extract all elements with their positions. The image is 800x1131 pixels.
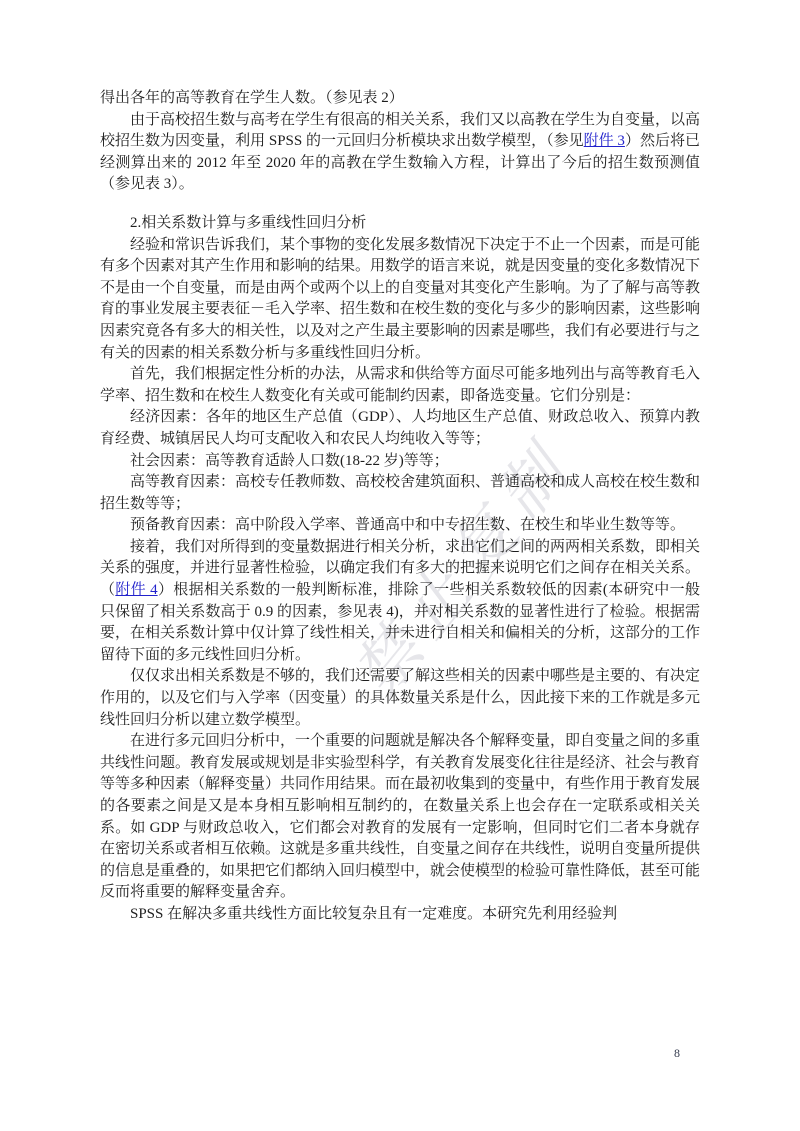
paragraph-social-factors: 社会因素：高等教育适龄人口数(18-22 岁)等等； <box>100 451 700 473</box>
paragraph-continued-next-page: SPSS 在解决多重共线性方面比较复杂且有一定难度。本研究先利用经验判 <box>100 904 700 926</box>
paragraph-continuation: 得出各年的高等教育在学生人数。（参见表 2） <box>100 88 700 110</box>
paragraph-economic-factors: 经济因素：各年的地区生产总值（GDP）、人均地区生产总值、财政总收入、预算内教育… <box>100 407 700 450</box>
paragraph: 在进行多元回归分析中，一个重要的问题就是解决各个解释变量，即自变量之间的多重共线… <box>100 731 700 904</box>
paragraph-text: ）根据相关系数的一般判断标准，排除了一些相关系数较低的因素(本研究中一般只保留了… <box>100 582 700 663</box>
attachment-4-link[interactable]: 附件 4 <box>115 582 157 598</box>
paragraph: 经验和常识告诉我们，某个事物的变化发展多数情况下决定于不止一个因素，而是可能有多… <box>100 235 700 365</box>
page-number: 8 <box>674 1046 680 1061</box>
paragraph-higher-education-factors: 高等教育因素：高校专任教师数、高校校舍建筑面积、普通高校和成人高校在校生数和招生… <box>100 472 700 515</box>
paragraph: 首先，我们根据定性分析的办法，从需求和供给等方面尽可能多地列出与高等教育毛入学率… <box>100 364 700 407</box>
paragraph: 由于高校招生数与高考在学生有很高的相关关系，我们又以高教在学生为自变量，以高校招… <box>100 110 700 196</box>
paragraph: 接着，我们对所得到的变量数据进行相关分析，求出它们之间的两两相关系数，即相关关系… <box>100 537 700 667</box>
attachment-3-link[interactable]: 附件 3 <box>584 133 625 149</box>
paragraph-preparatory-education-factors: 预备教育因素：高中阶段入学率、普通高中和中专招生数、在校生和毕业生数等等。 <box>100 515 700 537</box>
document-page: 禁止复制 得出各年的高等教育在学生人数。（参见表 2） 由于高校招生数与高考在学… <box>0 0 800 1131</box>
section-heading: 2.相关系数计算与多重线性回归分析 <box>100 213 700 235</box>
paragraph: 仅仅求出相关系数是不够的，我们还需要了解这些相关的因素中哪些是主要的、有决定作用… <box>100 666 700 731</box>
document-body: 得出各年的高等教育在学生人数。（参见表 2） 由于高校招生数与高考在学生有很高的… <box>100 88 700 926</box>
